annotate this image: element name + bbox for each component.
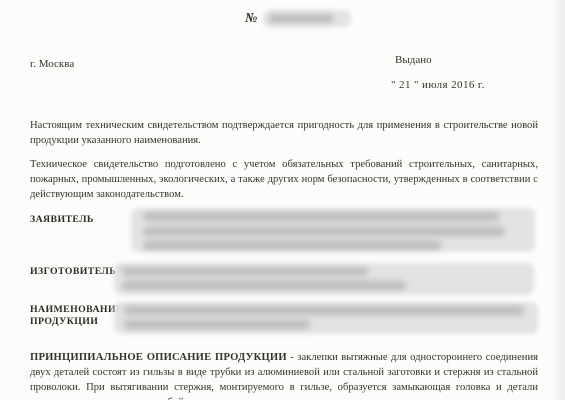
applicant-value-redacted <box>131 208 535 252</box>
manufacturer-label: ИЗГОТОВИТЕЛЬ <box>30 266 116 278</box>
description-label: ПРИНЦИПИАЛЬНОЕ ОПИСАНИЕ ПРОДУКЦИИ <box>30 352 287 363</box>
document-number-redacted <box>263 10 351 27</box>
issue-date: " 21 " июля 2016 г. <box>391 79 485 91</box>
intro-paragraph: Настоящим техническим свидетельством под… <box>30 118 538 148</box>
redaction-smudge <box>124 306 524 315</box>
redaction-smudge <box>143 241 441 250</box>
redaction-smudge <box>269 14 333 23</box>
redaction-smudge <box>143 212 499 221</box>
city-line: г. Москва <box>30 58 74 70</box>
scan-edge-shadow <box>551 0 565 400</box>
manufacturer-value-redacted <box>114 263 534 295</box>
scanned-certificate-page: № г. Москва Выдано " 21 " июля 2016 г. Н… <box>0 0 565 400</box>
redaction-smudge <box>124 320 310 329</box>
product-name-value-redacted <box>114 302 538 334</box>
issued-label: Выдано <box>395 54 432 66</box>
document-number-label: № <box>245 10 257 26</box>
redaction-smudge <box>143 227 505 236</box>
compliance-paragraph: Техническое свидетельство подготовлено с… <box>30 157 538 202</box>
applicant-label: ЗАЯВИТЕЛЬ <box>30 214 94 226</box>
redaction-smudge <box>122 281 406 290</box>
redaction-smudge <box>122 267 368 276</box>
description-paragraph: ПРИНЦИПИАЛЬНОЕ ОПИСАНИЕ ПРОДУКЦИИ - закл… <box>30 350 538 400</box>
